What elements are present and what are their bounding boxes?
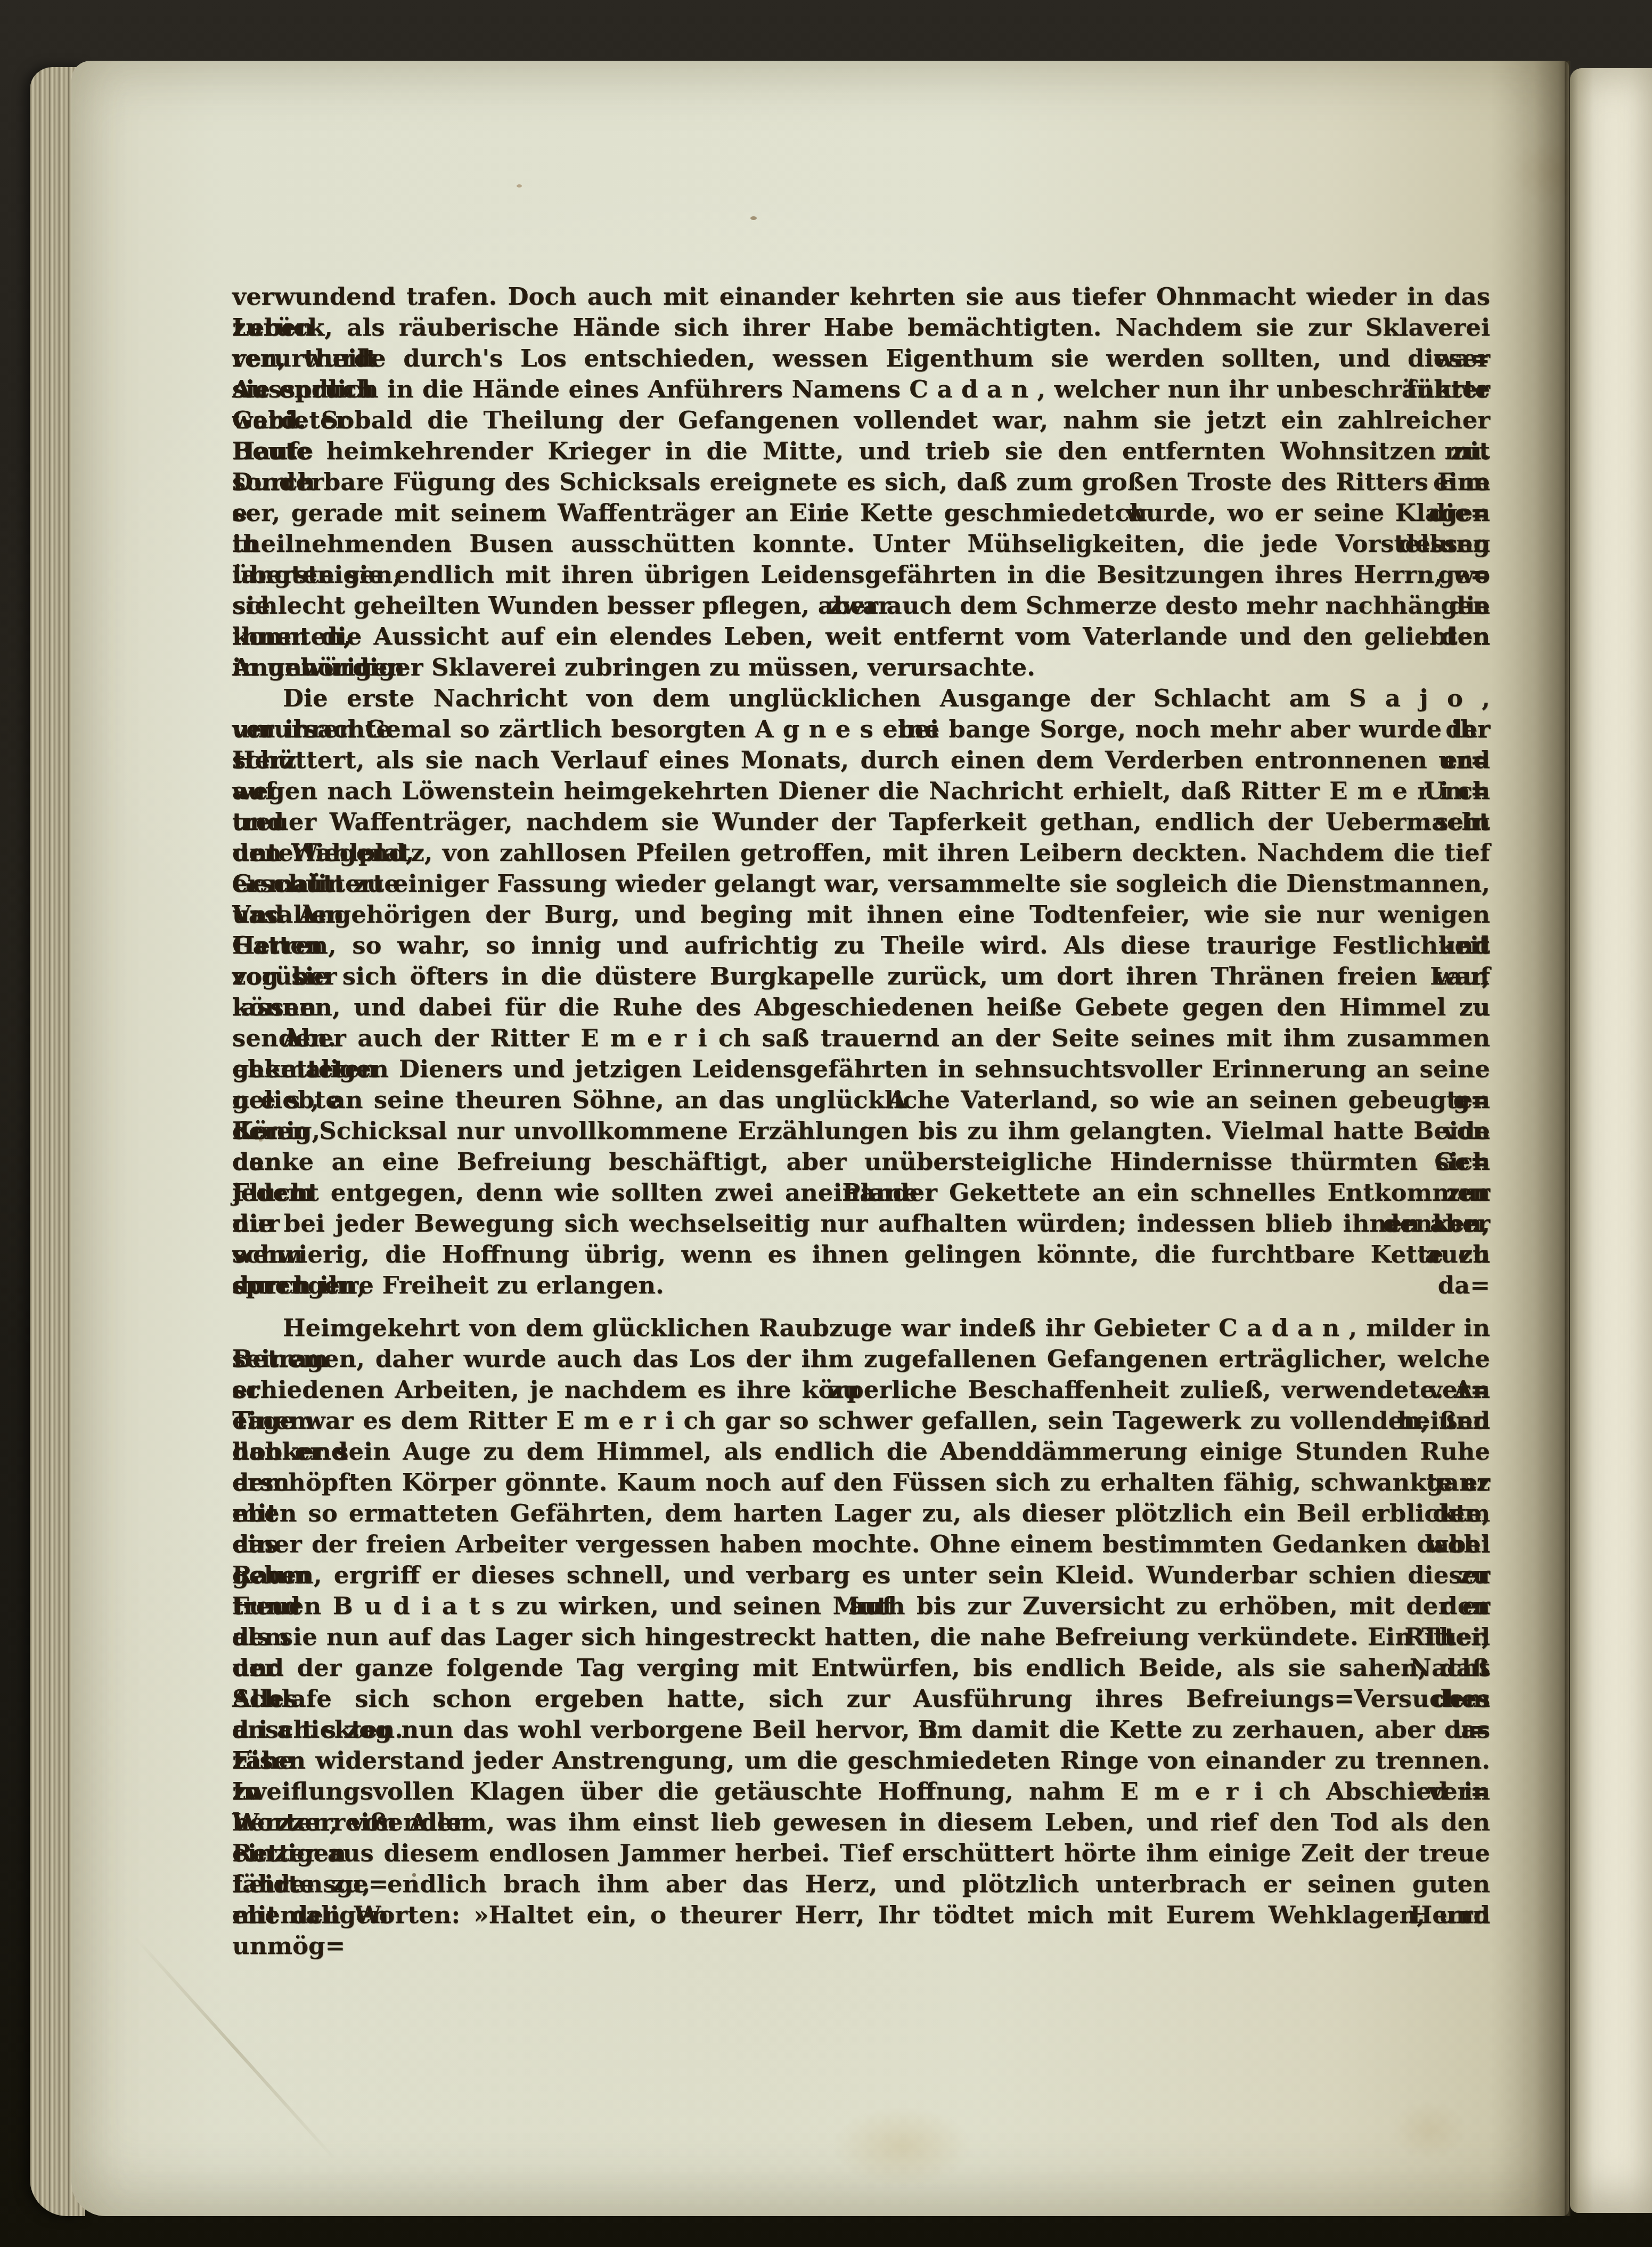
text-line: Betragen, daher wurde auch das Los der i… [232, 1344, 1490, 1374]
text-line: und Angehörigen der Burg, und beging mit… [232, 899, 1490, 930]
text-line: einer der freien Arbeiter vergessen habe… [232, 1529, 1490, 1560]
text-line: und der ganze folgende Tag verging mit E… [232, 1652, 1490, 1683]
text-line: Schlafe sich schon ergeben hatte, sich z… [232, 1683, 1490, 1714]
text-line: theilnehmenden Busen ausschütten konnte.… [232, 528, 1490, 559]
text-line: als sie nun auf das Lager sich hingestre… [232, 1622, 1490, 1652]
text-line: den Wahlplatz, von zahllosen Pfeilen get… [232, 837, 1490, 868]
text-line: können, und dabei für die Ruhe des Abges… [232, 992, 1490, 1023]
text-line: ward. Sobald die Theilung der Gefangenen… [232, 405, 1490, 436]
text-line: zog sie sich öfters in die düstere Burgk… [232, 961, 1490, 992]
text-line: Worten, von Allem, was ihm einst lieb ge… [232, 1807, 1490, 1838]
text-line: ren, wurde durch's Los entschieden, wess… [232, 343, 1490, 374]
scan-background: verwundend trafen. Doch auch mit einande… [0, 0, 1652, 2247]
paper-stain [1392, 2101, 1467, 2160]
text-line: schwierig, die Hoffnung übrig, wenn es i… [232, 1239, 1490, 1270]
text-line: die bei jeder Bewegung sich wechselseiti… [232, 1208, 1490, 1239]
text-line: in unwürdiger Sklaverei zubringen zu müs… [232, 652, 1490, 683]
text-line: treuer Waffenträger, nachdem sie Wunder … [232, 807, 1490, 837]
text-line: Herren, so wahr, so innig und aufrichtig… [232, 930, 1490, 961]
text-line: deren Schicksal nur unvollkommene Erzähl… [232, 1116, 1490, 1146]
text-line: Heimgekehrt von dem glücklichen Raubzuge… [232, 1313, 1490, 1344]
text-line: Beute heimkehrender Krieger in die Mitte… [232, 436, 1490, 467]
text-line: geben, ergriff er dieses schnell, und ve… [232, 1560, 1490, 1591]
text-line: fährte zu, endlich brach ihm aber das He… [232, 1869, 1490, 1900]
text-line: zweiflungsvollen Klagen über die getäusc… [232, 1776, 1490, 1807]
text-line: wegen nach Löwenstein heimgekehrten Dien… [232, 776, 1490, 807]
text-line: um ihren Gemal so zärtlich besorgten A g… [232, 714, 1490, 745]
text-line: ihnen die Aussicht auf ein elendes Leben… [232, 621, 1490, 652]
text-line: langten sie endlich mit ihren übrigen Le… [232, 559, 1490, 590]
text-line: mit den Worten: »Haltet ein, o theurer H… [232, 1900, 1490, 1931]
text-line: Eisen widerstand jeder Anstrengung, um d… [232, 1745, 1490, 1776]
paper-speck [750, 216, 757, 220]
text-line: schiedenen Arbeiten, je nachdem es ihre … [232, 1374, 1490, 1405]
gutter-shadow [1491, 61, 1570, 2216]
text-line: Aber auch der Ritter E m e r i ch saß tr… [232, 1023, 1490, 1054]
text-line: d i a t s zog nun das wohl verborgene Be… [232, 1714, 1490, 1745]
text-line: sie endlich in die Hände eines Anführers… [232, 374, 1490, 405]
page-text: verwundend trafen. Doch auch mit einande… [232, 281, 1490, 1931]
paper-stain [833, 2106, 971, 2186]
text-line: schlecht geheilten Wunden besser pflegen… [232, 590, 1490, 621]
paper-crease [134, 1936, 336, 2160]
text-line: hob er sein Auge zu dem Himmel, als endl… [232, 1436, 1490, 1467]
text-line: n e s , an seine theuren Söhne, an das u… [232, 1085, 1490, 1116]
paper-speck [517, 184, 522, 188]
text-line: zurück, als räuberische Hände sich ihrer… [232, 312, 1490, 343]
text-line: ehemaligen Dieners und jetzigen Leidensg… [232, 1054, 1490, 1085]
text-line: treuen B u d i a t s zu wirken, und sein… [232, 1591, 1490, 1622]
text-line: ser, gerade mit seinem Waffenträger an E… [232, 498, 1490, 528]
text-line: Tage war es dem Ritter E m e r i ch gar … [232, 1405, 1490, 1436]
text-line: schüttert, als sie nach Verlauf eines Mo… [232, 745, 1490, 776]
facing-page-edge [1570, 68, 1652, 2213]
text-line: verwundend trafen. Doch auch mit einande… [232, 281, 1490, 312]
text-line: eben so ermatteten Gefährten, dem harten… [232, 1498, 1490, 1529]
text-line: danke an eine Befreiung beschäftigt, abe… [232, 1146, 1490, 1177]
text-line: Die erste Nachricht von dem unglückliche… [232, 683, 1490, 714]
text-line: Retter aus diesem endlosen Jammer herbei… [232, 1838, 1490, 1869]
text-line: erschöpften Körper gönnte. Kaum noch auf… [232, 1467, 1490, 1498]
text-line: Flucht entgegen, denn wie sollten zwei a… [232, 1177, 1490, 1208]
text-line: sonderbare Fügung des Schicksals ereigne… [232, 467, 1490, 498]
text-line: Gemalin zu einiger Fassung wieder gelang… [232, 868, 1490, 899]
